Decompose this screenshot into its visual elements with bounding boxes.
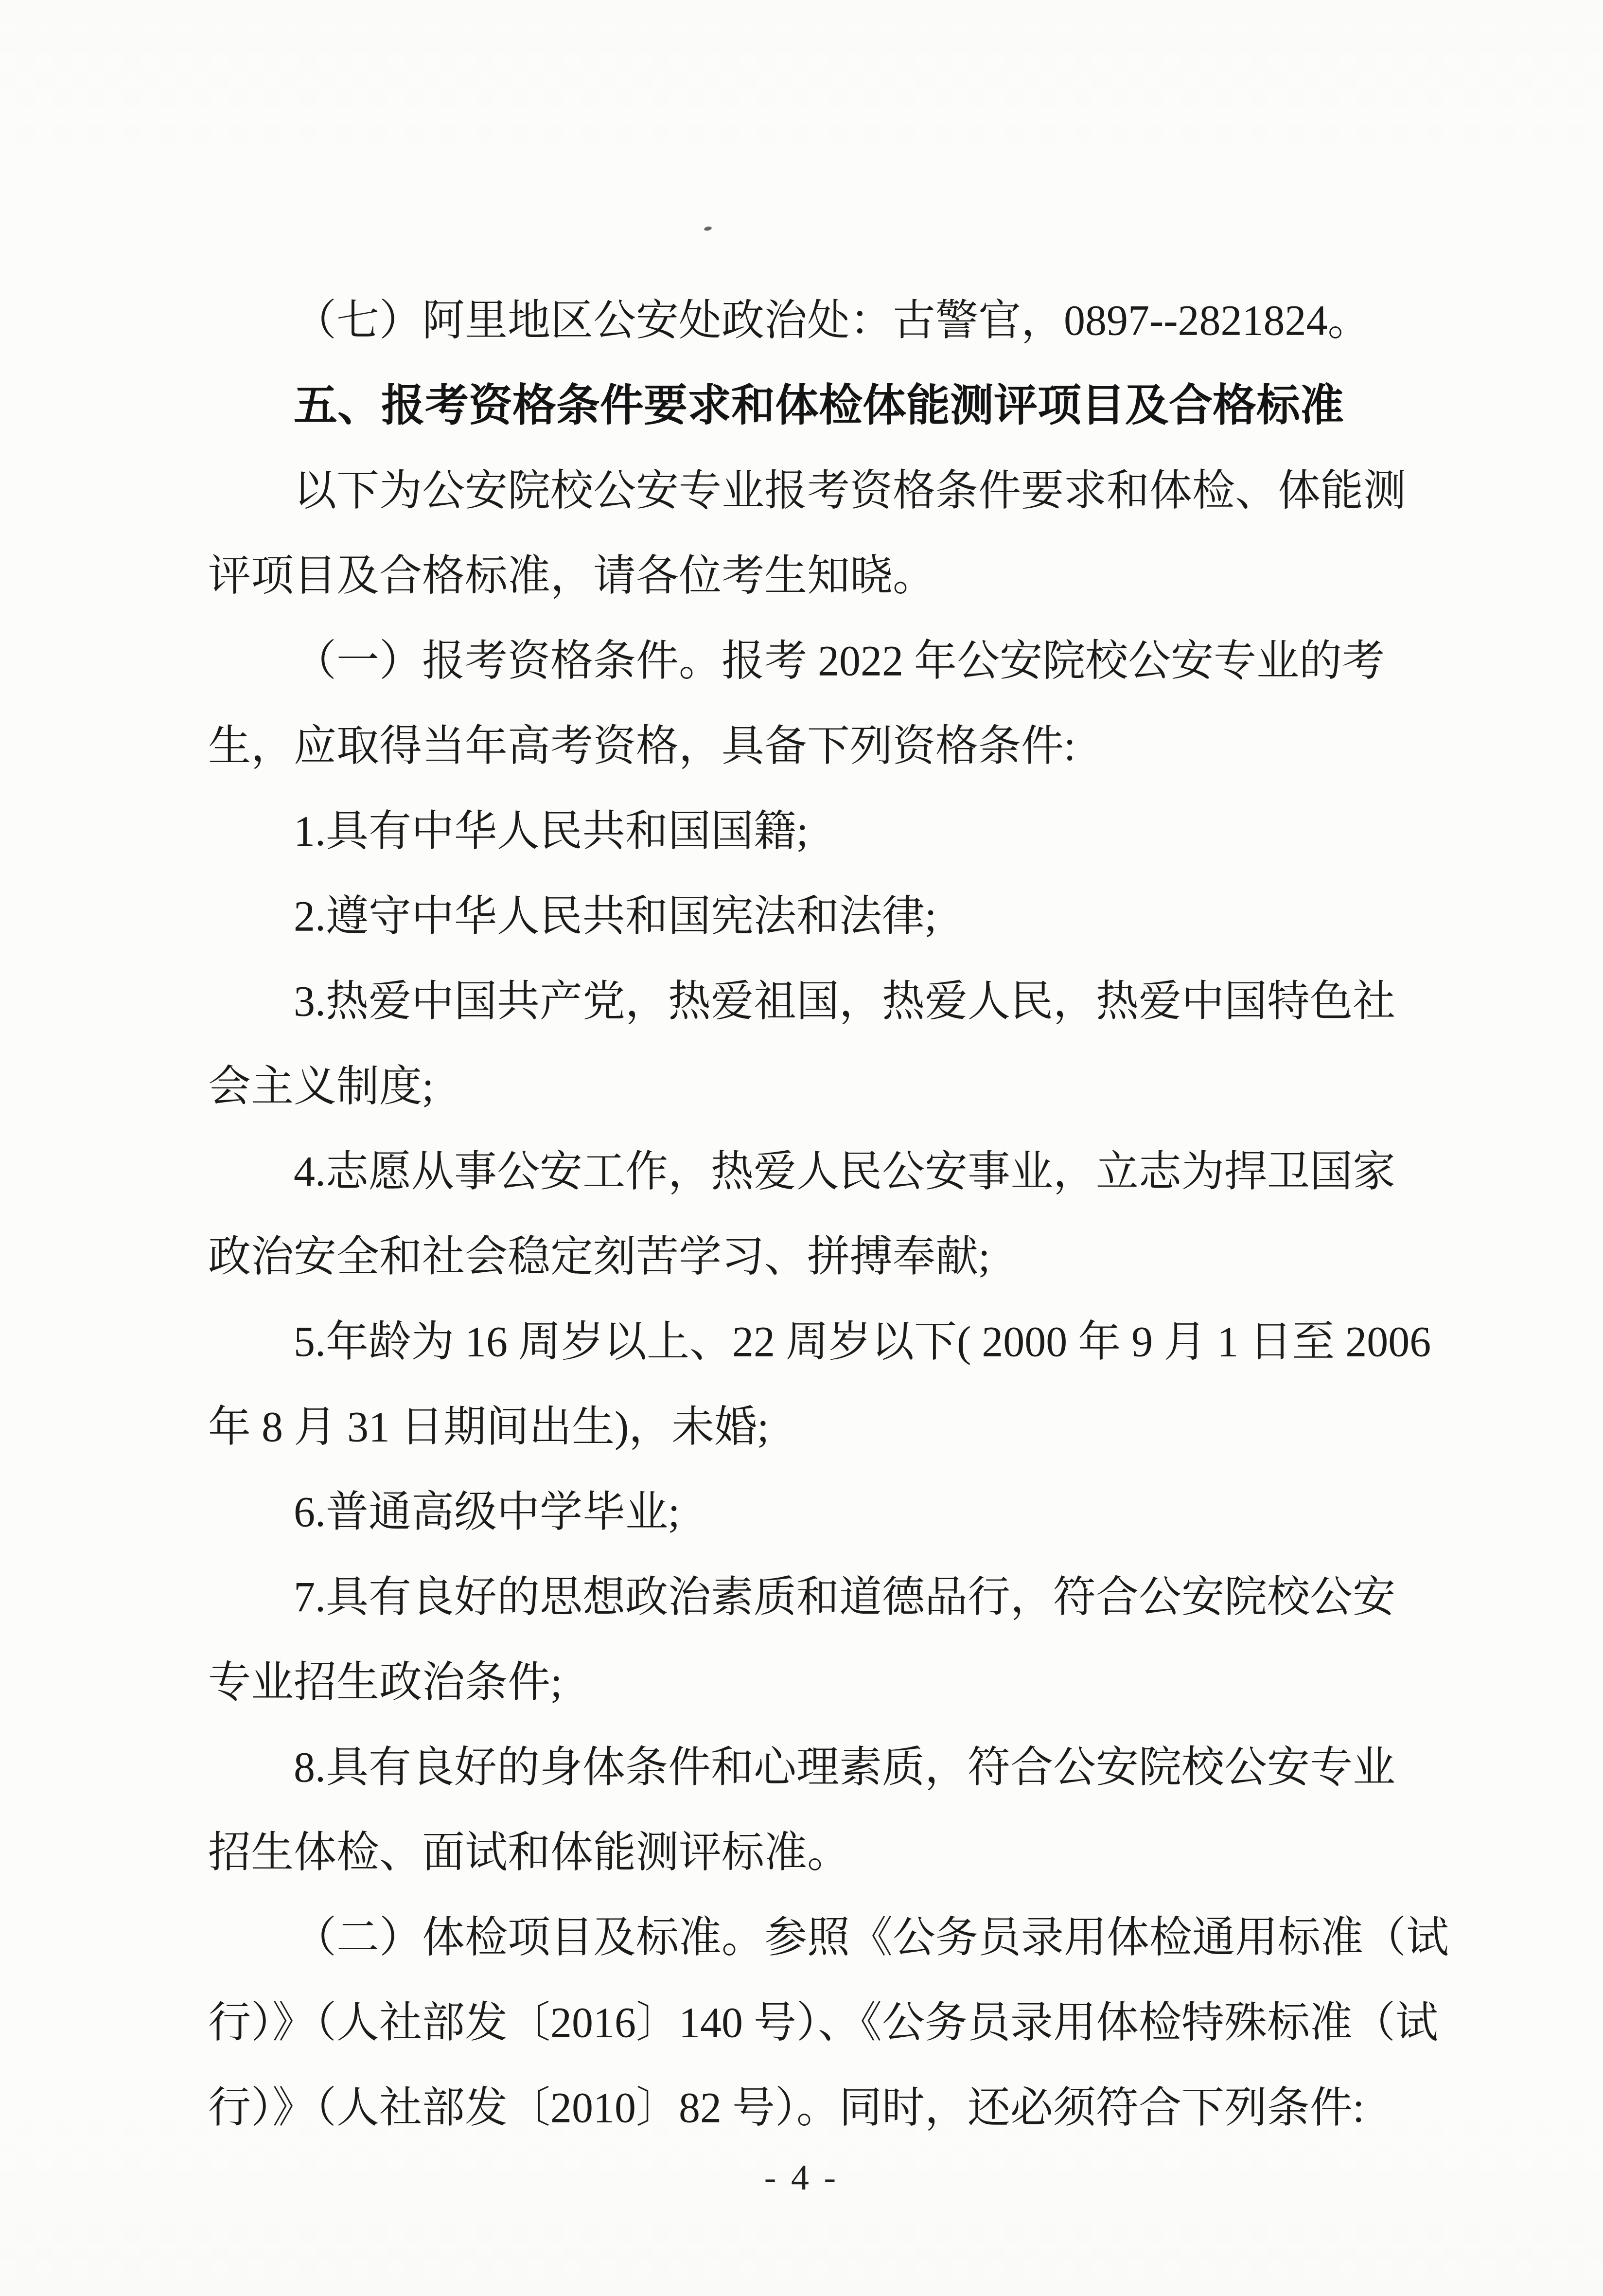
text-line: 6.普通高级中学毕业; [208,1470,1414,1555]
text-line: 5.年龄为 16 周岁以上、22 周岁以下( 2000 年 9 月 1 日至 2… [208,1299,1414,1385]
text-line: 行）》（人社部发〔2016〕140 号）、《公务员录用体检特殊标准（试 [208,1980,1414,2065]
text-line: 以下为公安院校公安专业报考资格条件要求和体检、体能测 [208,448,1414,534]
text-line: 评项目及合格标准，请各位考生知晓。 [208,534,1414,619]
text-line: 2.遵守中华人民共和国宪法和法律; [208,874,1414,959]
text-line: （一）报考资格条件。报考 2022 年公安院校公安专业的考 [208,619,1414,704]
text-line: 生，应取得当年高考资格，具备下列资格条件: [208,704,1414,789]
text-line: 会主义制度; [208,1044,1414,1129]
text-line: 4.志愿从事公安工作，热爱人民公安事业，立志为捍卫国家 [208,1129,1414,1214]
scan-speck [704,226,712,231]
text-line: 政治安全和社会稳定刻苦学习、拼搏奉献; [208,1214,1414,1299]
text-line: 1.具有中华人民共和国国籍; [208,789,1414,874]
text-line: 专业招生政治条件; [208,1640,1414,1725]
text-line: 7.具有良好的思想政治素质和道德品行，符合公安院校公安 [208,1555,1414,1640]
document-body: （七）阿里地区公安处政治处：古警官，0897--2821824。五、报考资格条件… [208,278,1414,2151]
text-line: 8.具有良好的身体条件和心理素质，符合公安院校公安专业 [208,1725,1414,1810]
text-line: 行）》（人社部发〔2010〕82 号）。同时，还必须符合下列条件: [208,2065,1414,2151]
text-line: 年 8 月 31 日期间出生)，未婚; [208,1385,1414,1470]
text-line: 3.热爱中国共产党，热爱祖国，热爱人民，热爱中国特色社 [208,959,1414,1044]
section-heading: 五、报考资格条件要求和体检体能测评项目及合格标准 [208,363,1414,448]
text-line: （七）阿里地区公安处政治处：古警官，0897--2821824。 [208,278,1414,363]
document-page: （七）阿里地区公安处政治处：古警官，0897--2821824。五、报考资格条件… [0,0,1603,2296]
page-number: - 4 - [0,2158,1603,2197]
text-line: （二）体检项目及标准。参照《公务员录用体检通用标准（试 [208,1895,1414,1980]
text-line: 招生体检、面试和体能测评标准。 [208,1810,1414,1895]
